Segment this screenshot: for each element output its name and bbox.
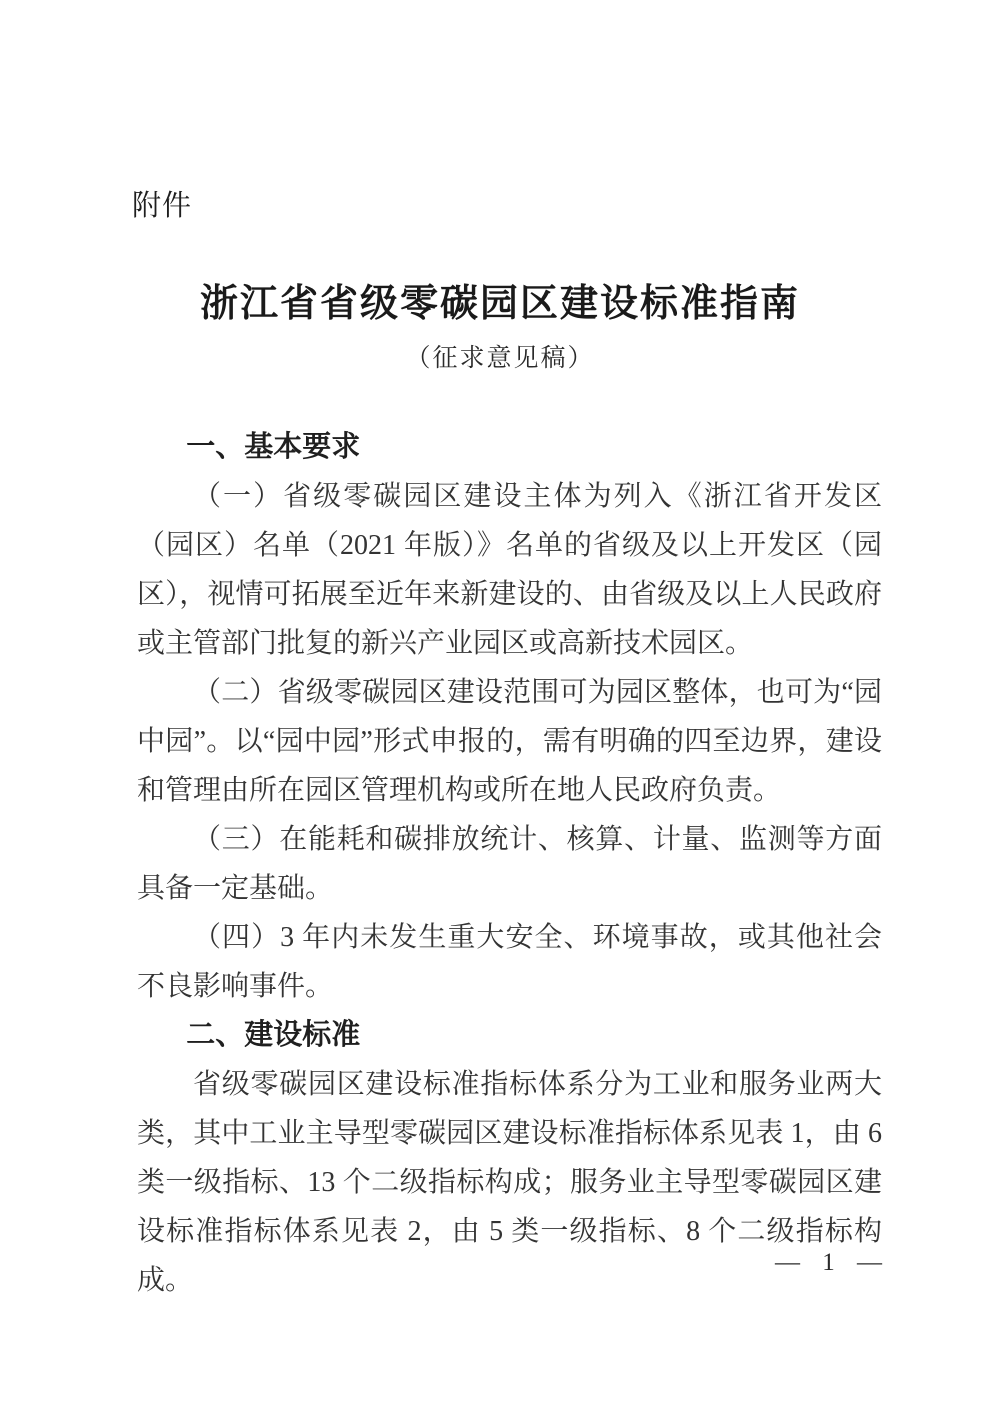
document-body: 一、基本要求 （一）省级零碳园区建设主体为列入《浙江省开发区（园区）名单（202…: [137, 423, 882, 1305]
paragraph-item-2: （二）省级零碳园区建设范围可为园区整体，也可为“园中园”。以“园中园”形式申报的…: [137, 668, 882, 815]
document-title: 浙江省省级零碳园区建设标准指南: [0, 272, 1000, 327]
document-subtitle: （征求意见稿）: [0, 338, 1000, 374]
document-page: 附件 浙江省省级零碳园区建设标准指南 （征求意见稿） 一、基本要求 （一）省级零…: [0, 0, 1000, 1414]
section-heading-basic-requirements: 一、基本要求: [137, 423, 882, 472]
paragraph-item-1: （一）省级零碳园区建设主体为列入《浙江省开发区（园区）名单（2021 年版）》名…: [137, 472, 882, 668]
paragraph-standards-overview: 省级零碳园区建设标准指标体系分为工业和服务业两大类，其中工业主导型零碳园区建设标…: [137, 1060, 882, 1305]
paragraph-item-4: （四）3 年内未发生重大安全、环境事故，或其他社会不良影响事件。: [137, 913, 882, 1011]
attachment-label: 附件: [132, 183, 192, 224]
section-heading-construction-standards: 二、建设标准: [137, 1011, 882, 1060]
page-number: — 1 —: [775, 1249, 882, 1277]
paragraph-item-3: （三）在能耗和碳排放统计、核算、计量、监测等方面具备一定基础。: [137, 815, 882, 913]
